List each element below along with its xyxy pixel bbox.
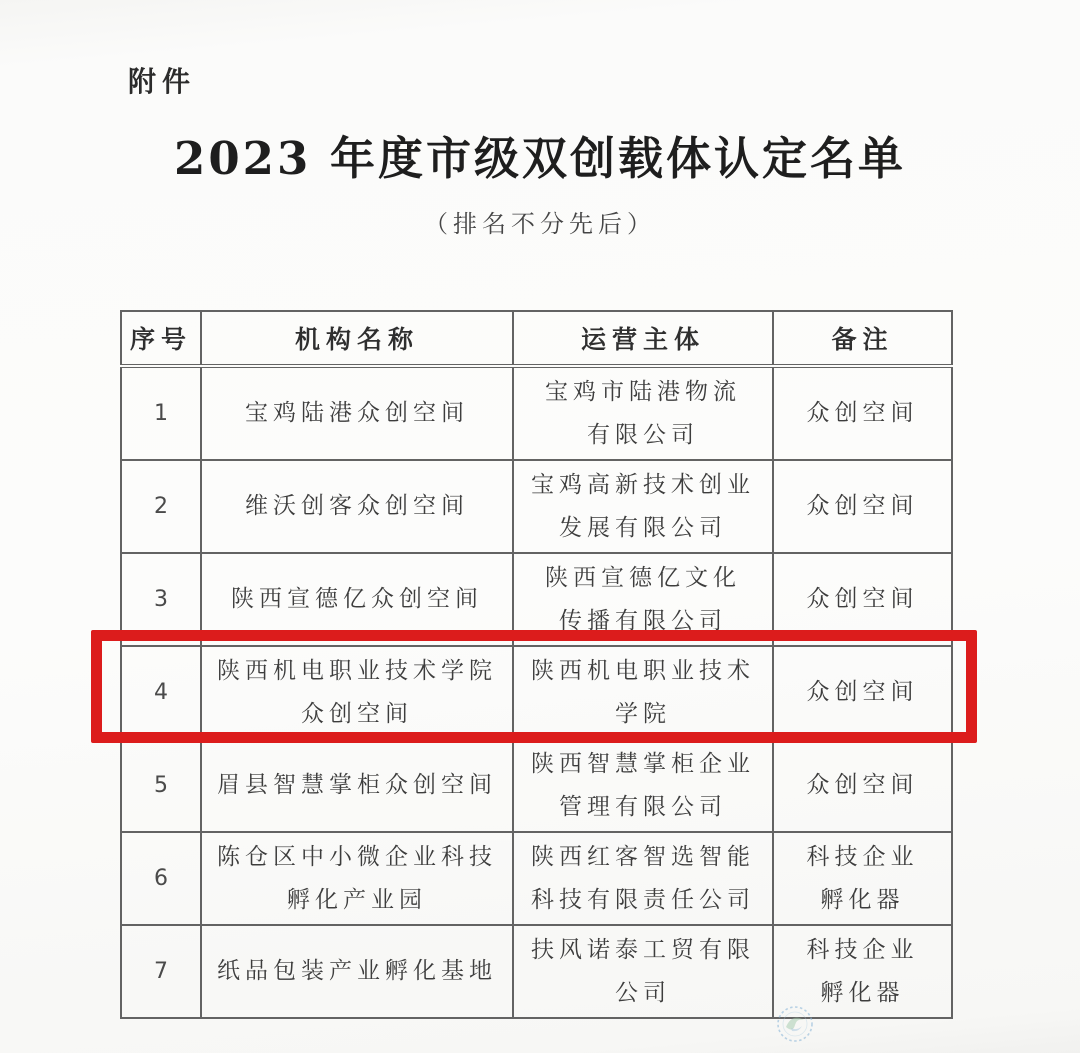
cell-operator: 宝鸡市陆港物流 有限公司 xyxy=(513,366,773,460)
cell-operator: 宝鸡高新技术创业 发展有限公司 xyxy=(513,460,773,553)
cell-no: 1 xyxy=(121,366,201,460)
cell-operator: 陕西智慧掌柜企业 管理有限公司 xyxy=(513,739,773,832)
col-header-no: 序号 xyxy=(121,311,201,366)
page-title: 2023 年度市级双创载体认定名单 xyxy=(0,122,1080,187)
page-subtitle: （排名不分先后） xyxy=(0,204,1080,239)
cell-no: 6 xyxy=(121,832,201,925)
cell-remark: 科技企业 孵化器 xyxy=(773,832,952,925)
cell-name: 眉县智慧掌柜众创空间 xyxy=(201,739,513,832)
cell-name: 宝鸡陆港众创空间 xyxy=(201,366,513,460)
cell-name: 陕西机电职业技术学院 众创空间 xyxy=(201,646,513,739)
seal-logo-svg xyxy=(775,1004,815,1044)
cell-remark: 众创空间 xyxy=(773,553,952,646)
cell-remark: 众创空间 xyxy=(773,739,952,832)
table-row: 2 维沃创客众创空间 宝鸡高新技术创业 发展有限公司 众创空间 xyxy=(121,460,952,553)
col-header-name: 机构名称 xyxy=(201,311,513,366)
cell-name: 陈仓区中小微企业科技 孵化产业园 xyxy=(201,832,513,925)
cell-remark: 众创空间 xyxy=(773,646,952,739)
cell-name: 纸品包装产业孵化基地 xyxy=(201,925,513,1018)
table-row: 1 宝鸡陆港众创空间 宝鸡市陆港物流 有限公司 众创空间 xyxy=(121,366,952,460)
table-header-row: 序号 机构名称 运营主体 备注 xyxy=(121,311,952,366)
col-header-operator: 运营主体 xyxy=(513,311,773,366)
cell-operator: 陕西红客智选智能 科技有限责任公司 xyxy=(513,832,773,925)
cell-remark: 众创空间 xyxy=(773,366,952,460)
cell-no: 7 xyxy=(121,925,201,1018)
cell-no: 5 xyxy=(121,739,201,832)
table-row: 3 陕西宣德亿众创空间 陕西宣德亿文化 传播有限公司 众创空间 xyxy=(121,553,952,646)
col-header-remark: 备注 xyxy=(773,311,952,366)
cell-remark: 众创空间 xyxy=(773,460,952,553)
cell-operator: 扶风诺泰工贸有限 公司 xyxy=(513,925,773,1018)
cell-name: 陕西宣德亿众创空间 xyxy=(201,553,513,646)
attachment-label: 附件 xyxy=(128,60,196,100)
cell-no: 4 xyxy=(121,646,201,739)
cell-name: 维沃创客众创空间 xyxy=(201,460,513,553)
seal-logo-icon xyxy=(775,1004,815,1044)
recognition-table: 序号 机构名称 运营主体 备注 1 宝鸡陆港众创空间 宝鸡市陆港物流 有限公司 … xyxy=(120,310,953,1019)
table-row-highlighted: 4 陕西机电职业技术学院 众创空间 陕西机电职业技术 学院 众创空间 xyxy=(121,646,952,739)
cell-no: 3 xyxy=(121,553,201,646)
table-row: 7 纸品包装产业孵化基地 扶风诺泰工贸有限 公司 科技企业 孵化器 xyxy=(121,925,952,1018)
cell-no: 2 xyxy=(121,460,201,553)
table-row: 5 眉县智慧掌柜众创空间 陕西智慧掌柜企业 管理有限公司 众创空间 xyxy=(121,739,952,832)
table-row: 6 陈仓区中小微企业科技 孵化产业园 陕西红客智选智能 科技有限责任公司 科技企… xyxy=(121,832,952,925)
cell-operator: 陕西机电职业技术 学院 xyxy=(513,646,773,739)
document-page: 附件 2023 年度市级双创载体认定名单 （排名不分先后） 序号 机构名称 运营… xyxy=(0,0,1080,1053)
cell-operator: 陕西宣德亿文化 传播有限公司 xyxy=(513,553,773,646)
